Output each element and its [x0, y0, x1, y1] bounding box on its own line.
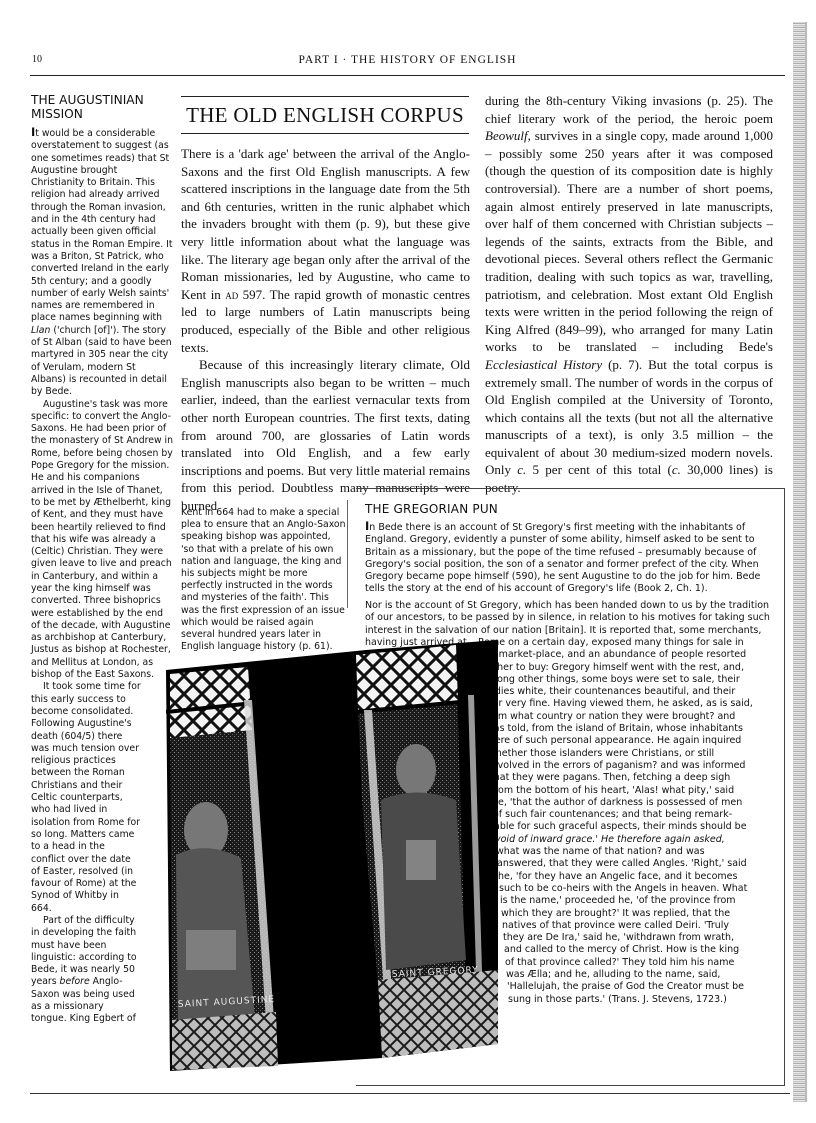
- gregorian-pun-intro: In Bede there is an account of St Gregor…: [365, 520, 775, 596]
- article-paragraph-3: during the 8th-century Viking invasions …: [485, 92, 773, 497]
- page-gutter-shadow: [793, 22, 805, 1102]
- column-divider: [347, 500, 348, 608]
- page-gutter-edge: [805, 22, 807, 1102]
- article-column-2: during the 8th-century Viking invasions …: [485, 92, 773, 497]
- stained-glass-image: SAINT AUGUSTINE SAINT GREGORY: [166, 640, 498, 1116]
- sidebar-paragraph-1: It would be a considerable overstatement…: [31, 126, 173, 399]
- part-title: PART I · THE HISTORY OF ENGLISH: [30, 54, 785, 66]
- sidebar-paragraph-4: Part of the difficulty in developing the…: [31, 915, 141, 1026]
- title-rule-top: [181, 96, 469, 97]
- gregorian-pun-title: THE GREGORIAN PUN: [365, 502, 498, 516]
- footer-rule: [30, 1093, 790, 1094]
- article-paragraph-1: There is a 'dark age' between the arriva…: [181, 145, 470, 356]
- sidebar-paragraph-3: It took some time for this early success…: [31, 681, 141, 915]
- sidebar-augustinian-mission: THE AUGUSTINIAN MISSION It would be a co…: [31, 94, 173, 1026]
- running-head: 10 PART I · THE HISTORY OF ENGLISH: [30, 54, 785, 70]
- sidebar-title: THE AUGUSTINIAN MISSION: [31, 94, 173, 121]
- sidebar-paragraph-2: Augustine's task was more specific: to c…: [31, 399, 173, 682]
- gregorian-pun-quote: Rome on a certain day, exposed many thin…: [478, 637, 778, 1006]
- sidebar-continuation: Kent in 664 had to make a special plea t…: [181, 507, 346, 653]
- title-rule-bottom: [181, 133, 469, 134]
- header-rule: [30, 75, 785, 76]
- article-title: THE OLD ENGLISH CORPUS: [181, 103, 469, 128]
- article-column-1: There is a 'dark age' between the arriva…: [181, 145, 470, 514]
